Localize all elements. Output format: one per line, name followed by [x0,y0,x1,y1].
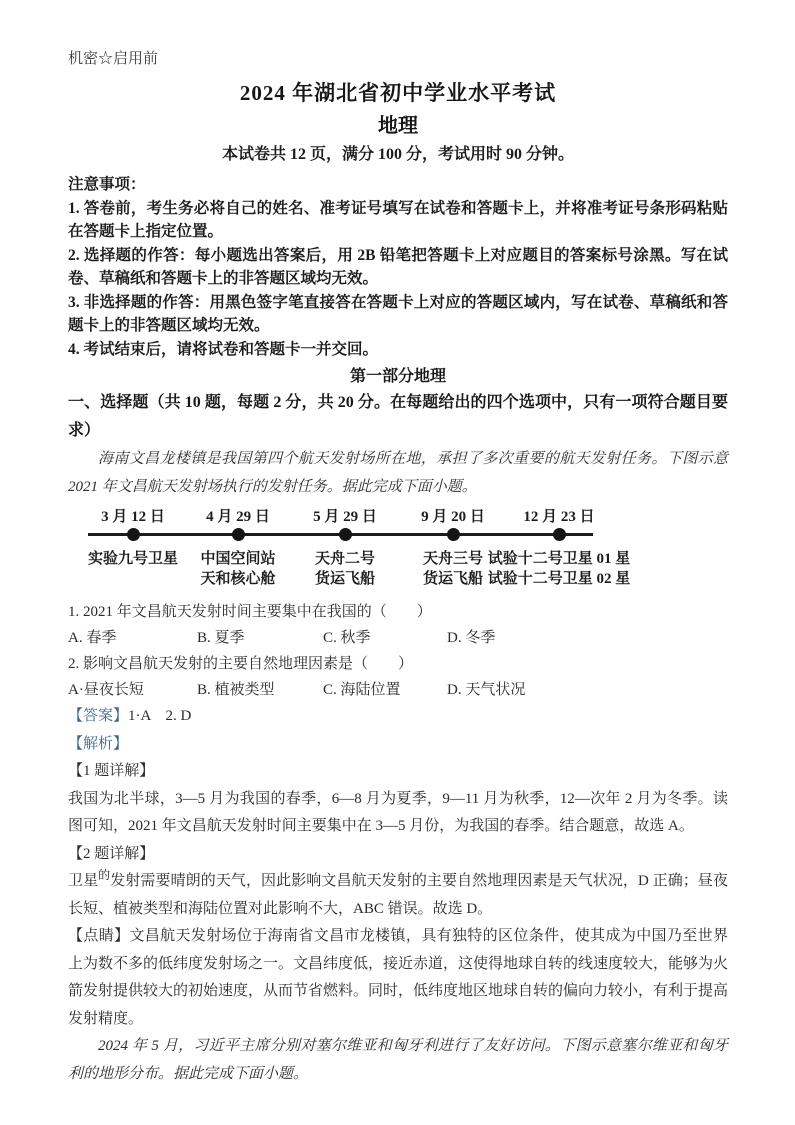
detail-1-heading: 【1 题详解】 [68,758,728,786]
notice-item-2: 2. 选择题的作答：每小题选出答案后，用 2B 铅笔把答题卡上对应题目的答案标号… [68,244,728,291]
analysis-label-line: 【解析】 [68,731,728,759]
launch-timeline: 3 月 12 日 4 月 29 日 5 月 29 日 9 月 20 日 12 月… [68,503,728,599]
timeline-dot-icon [339,528,352,541]
superscript-de: 的 [98,868,110,882]
question-2-options: A·昼夜长短 B. 植被类型 C. 海陆位置 D. 天气状况 [68,677,728,703]
timeline-label: 天舟二号 [315,549,375,569]
notice-item-3: 3. 非选择题的作答：用黑色签字笔直接答在答题卡上对应的答题区域内，写在试卷、草… [68,291,728,338]
next-passage: 2024 年 5 月，习近平主席分别对塞尔维亚和匈牙利进行了友好访问。下图示意塞… [68,1033,728,1088]
exam-page: 机密☆启用前 2024 年湖北省初中学业水平考试 地理 本试卷共 12 页，满分… [0,0,795,1125]
timeline-dot-icon [447,528,460,541]
subject-title: 地理 [68,113,728,139]
detail-2-text-post: 发射需要晴朗的天气，因此影响文昌航天发射的主要自然地理因素是天气状况，D 正确；… [68,873,728,917]
option-c: C. 秋季 [323,625,447,651]
exam-meta: 本试卷共 12 页，满分 100 分，考试用时 90 分钟。 [68,144,728,166]
tips-label: 【点睛】 [68,928,129,944]
timeline-label: 实验九号卫星 [88,549,178,569]
question-2-stem: 2. 影响文昌航天发射的主要自然地理因素是（ ） [68,651,728,677]
timeline-label: 天和核心舱 [200,569,275,589]
section-heading: 一、选择题（共 10 题，每题 2 分，共 20 分。在每题给出的四个选项中，只… [68,389,728,445]
timeline-date-5: 12 月 23 日 [523,505,594,526]
intro-passage: 海南文昌龙楼镇是我国第四个航天发射场所在地，承担了多次重要的航天发射任务。下图示… [68,445,728,501]
option-a: A·昼夜长短 [68,677,197,703]
detail-2-heading: 【2 题详解】 [68,841,728,869]
answer-label: 【答案】 [68,708,128,724]
timeline-label: 中国空间站 [200,549,275,569]
notice-item-4: 4. 考试结束后，请将试卷和答题卡一并交回。 [68,338,728,362]
answer-value: 1·A 2. D [128,708,191,724]
analysis-label: 【解析】 [68,736,128,752]
question-block: 1. 2021 年文昌航天发射时间主要集中在我国的（ ） A. 春季 B. 夏季… [68,599,728,703]
timeline-date-3: 5 月 29 日 [313,505,377,526]
timeline-event-labels-3: 天舟二号 货运飞船 [315,549,375,589]
page-content: 机密☆启用前 2024 年湖北省初中学业水平考试 地理 本试卷共 12 页，满分… [68,50,728,1088]
option-a: A. 春季 [68,625,197,651]
exam-title: 2024 年湖北省初中学业水平考试 [68,80,728,106]
timeline-label: 天舟三号 [423,549,483,569]
timeline-event-labels-2: 中国空间站 天和核心舱 [200,549,275,589]
option-d: D. 天气状况 [447,677,728,703]
timeline-label: 试验十二号卫星 02 星 [488,569,631,589]
timeline-label: 试验十二号卫星 01 星 [488,549,631,569]
timeline-date-4: 9 月 20 日 [421,505,485,526]
notice-item-1: 1. 答卷前，考生务必将自己的姓名、准考证号填写在试卷和答题卡上，并将准考证号条… [68,197,728,244]
tips-text: 文昌航天发射场位于海南省文昌市龙楼镇，具有独特的区位条件，使其成为中国乃至世界上… [68,928,728,1027]
tips-paragraph: 【点睛】文昌航天发射场位于海南省文昌市龙楼镇，具有独特的区位条件，使其成为中国乃… [68,923,728,1033]
timeline-event-labels-5: 试验十二号卫星 01 星 试验十二号卫星 02 星 [488,549,631,589]
timeline-label: 货运飞船 [315,569,375,589]
option-d: D. 冬季 [447,625,728,651]
timeline-event-labels-4: 天舟三号 货运飞船 [423,549,483,589]
question-1-options: A. 春季 B. 夏季 C. 秋季 D. 冬季 [68,625,728,651]
timeline-event-labels-1: 实验九号卫星 [88,549,178,569]
question-1-stem: 1. 2021 年文昌航天发射时间主要集中在我国的（ ） [68,599,728,625]
answer-line: 【答案】1·A 2. D [68,703,728,731]
notice-block: 注意事项： 1. 答卷前，考生务必将自己的姓名、准考证号填写在试卷和答题卡上，并… [68,173,728,361]
timeline-date-2: 4 月 29 日 [206,505,270,526]
option-b: B. 植被类型 [197,677,323,703]
timeline-dot-icon [553,528,566,541]
detail-1-text: 我国为北半球，3—5 月为我国的春季，6—8 月为夏季，9—11 月为秋季，12… [68,786,728,841]
part-heading: 第一部分地理 [68,364,728,389]
timeline-dot-icon [127,528,140,541]
detail-2-text: 卫星的发射需要晴朗的天气，因此影响文昌航天发射的主要自然地理因素是天气状况，D … [68,868,728,923]
confidential-label: 机密☆启用前 [68,50,728,68]
detail-2-text-pre: 卫星 [68,873,98,889]
option-b: B. 夏季 [197,625,323,651]
option-c: C. 海陆位置 [323,677,447,703]
timeline-label: 货运飞船 [423,569,483,589]
timeline-date-1: 3 月 12 日 [101,505,165,526]
analysis-block: 【答案】1·A 2. D 【解析】 【1 题详解】 我国为北半球，3—5 月为我… [68,703,728,1088]
timeline-dot-icon [232,528,245,541]
notice-heading: 注意事项： [68,173,728,197]
